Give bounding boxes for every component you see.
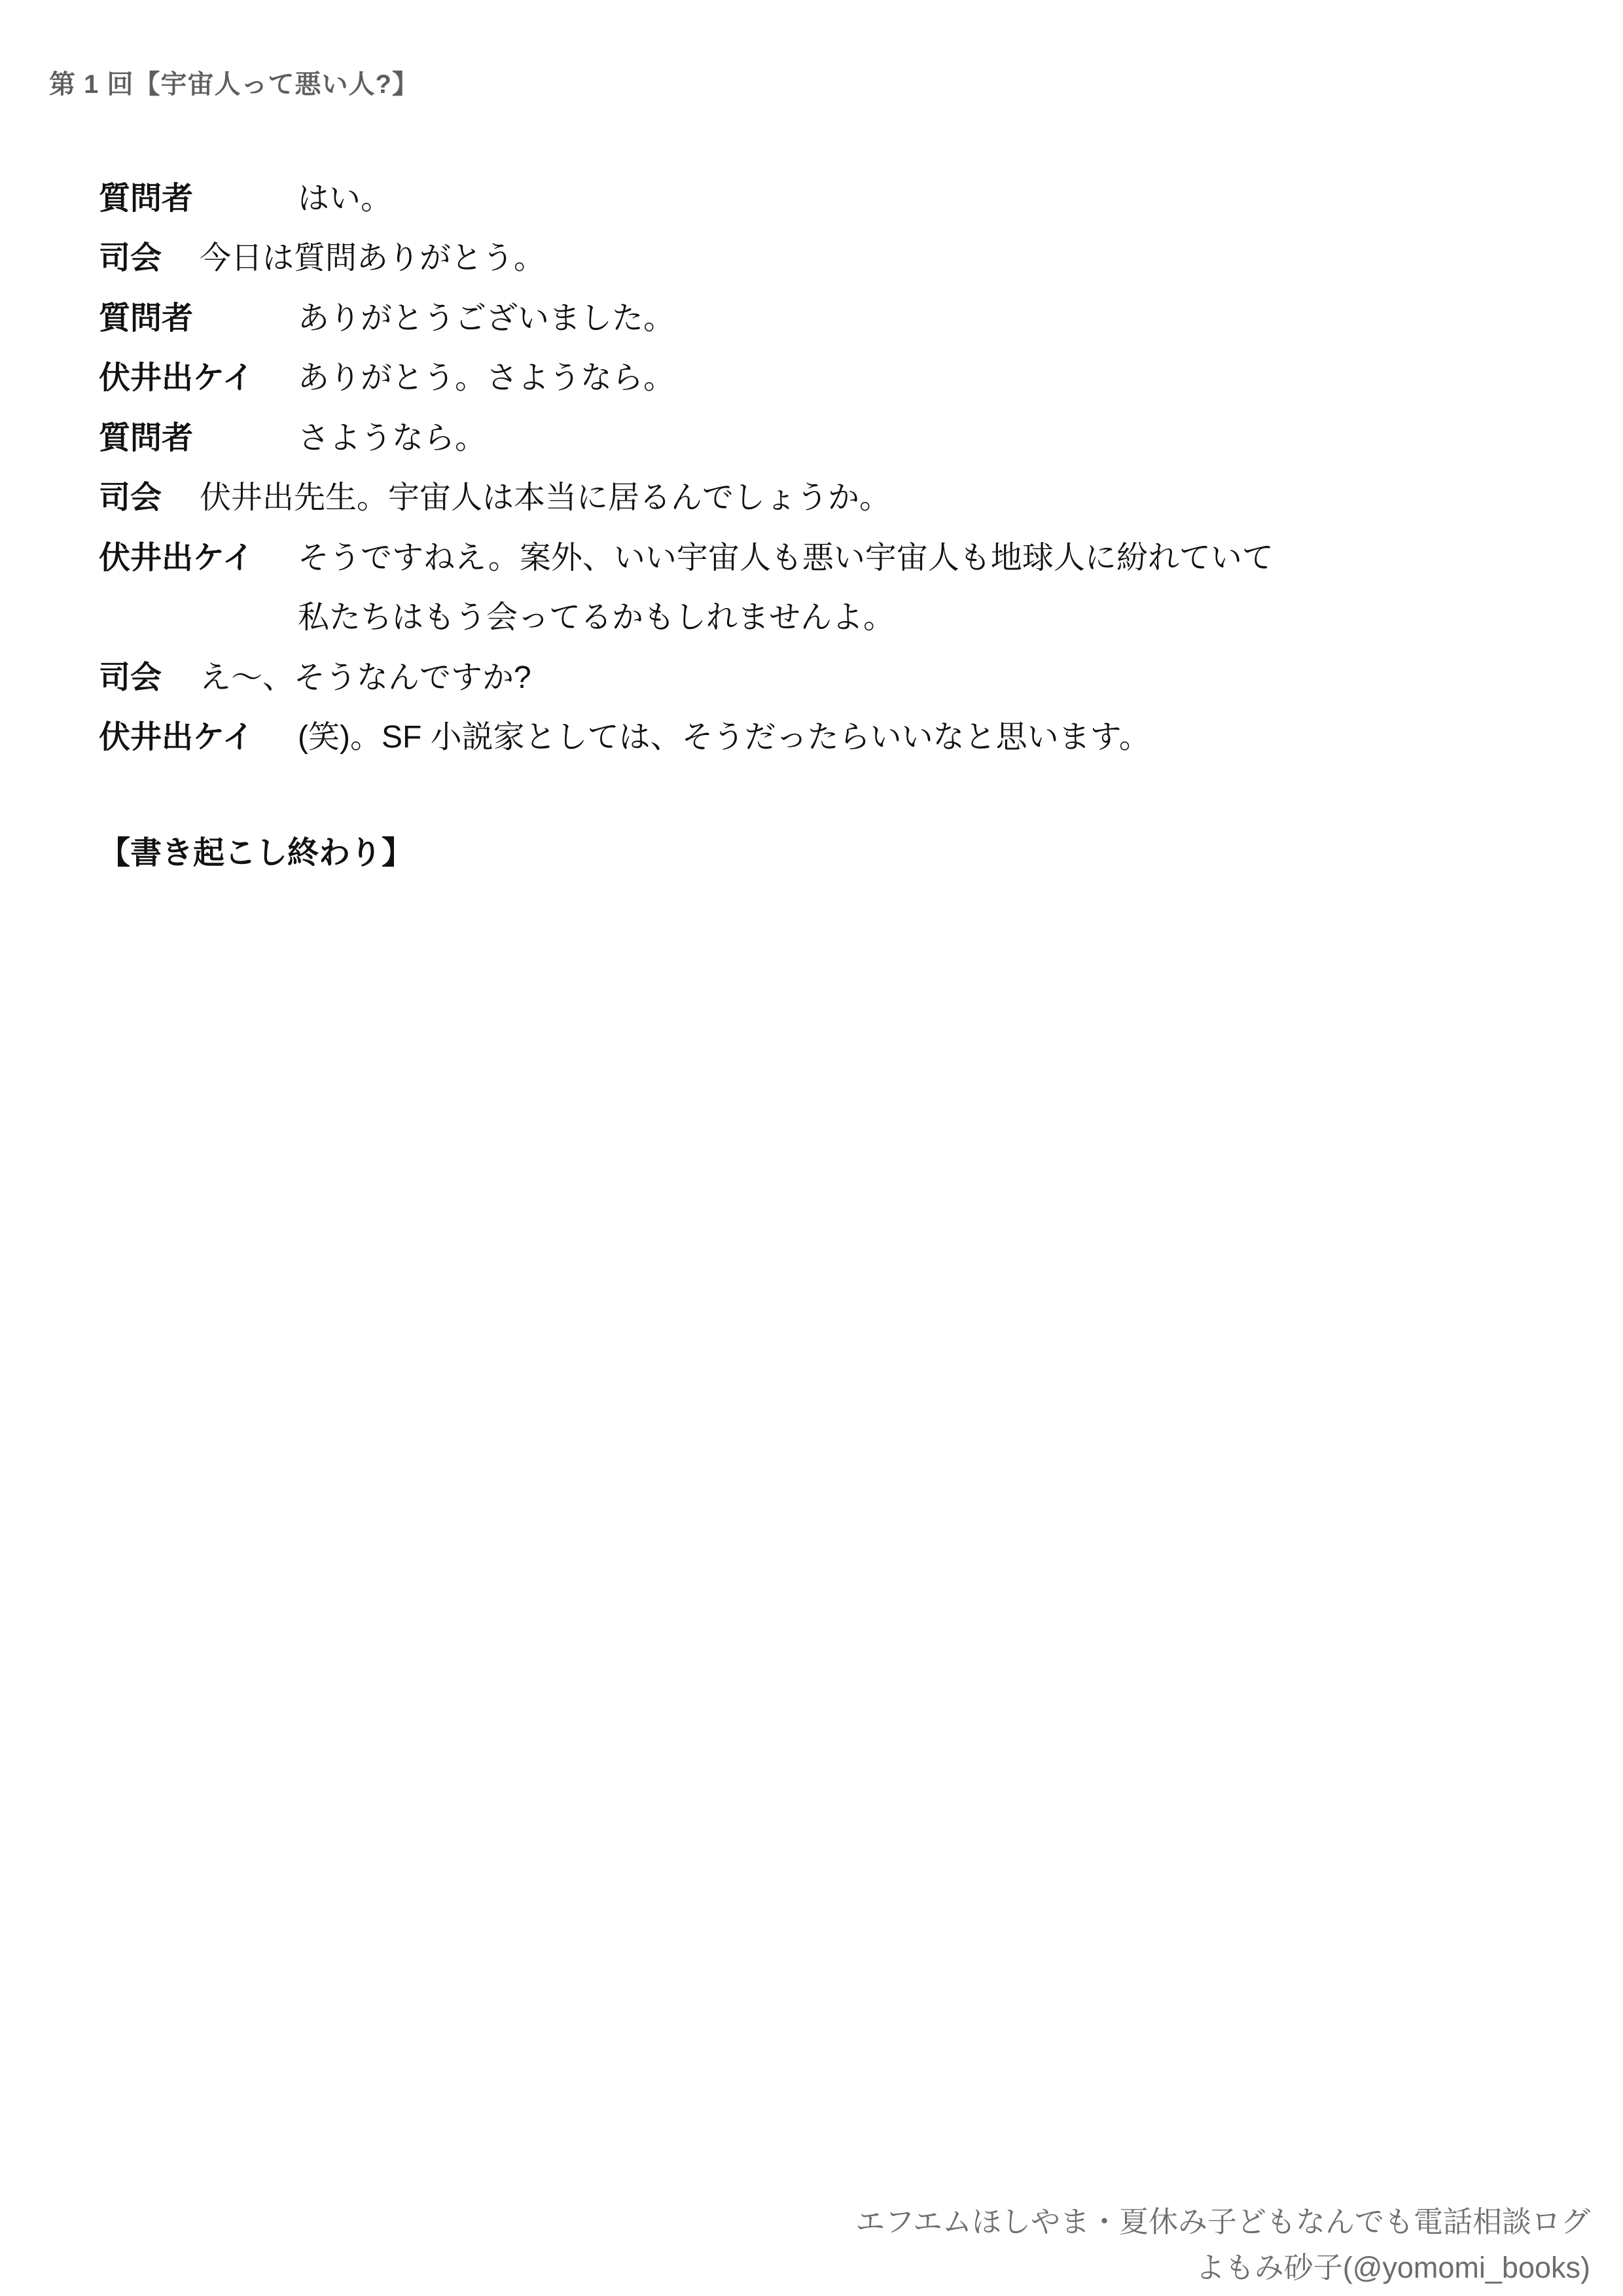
speaker-name: 伏井出ケイ	[99, 711, 254, 757]
dialogue-line: 伏井出ケイ そうですねえ。案外、いい宇宙人も悪い宇宙人も地球人に紛れていて	[0, 532, 1623, 592]
speaker-name: 質問者	[99, 173, 193, 218]
utterance: 今日は質問ありがとう。	[200, 232, 545, 278]
speaker-name: 伏井出ケイ	[99, 532, 254, 577]
dialogue-line: 伏井出ケイ (笑)。SF 小説家としては、そうだったらいいなと思います。	[0, 711, 1623, 772]
utterance: え〜、そうなんですか?	[200, 652, 531, 697]
dialogue-line: 伏井出ケイ ありがとう。さようなら。	[0, 352, 1623, 412]
dialogue-line: 司会 伏井出先生。宇宙人は本当に居るんでしょうか。	[0, 472, 1623, 532]
dialogue-line: 質問者 ありがとうございました。	[0, 293, 1623, 353]
dialogue-line: 質問者 はい。	[0, 173, 1623, 233]
dialogue-line: 司会 今日は質問ありがとう。	[0, 232, 1623, 293]
dialogue-line-continuation: 私たちはもう会ってるかもしれませんよ。	[0, 592, 1623, 652]
utterance: はい。	[298, 173, 392, 218]
speaker-name: 司会	[99, 472, 162, 517]
dialogue-line: 質問者 さようなら。	[0, 412, 1623, 473]
speaker-name: 司会	[99, 652, 162, 697]
utterance: (笑)。SF 小説家としては、そうだったらいいなと思います。	[298, 711, 1150, 757]
utterance: 私たちはもう会ってるかもしれませんよ。	[298, 592, 895, 637]
utterance: ありがとう。さようなら。	[298, 352, 675, 397]
footer-author: よもみ砂子(@yomomi_books)	[1196, 2244, 1590, 2286]
utterance: さようなら。	[298, 412, 486, 457]
speaker-name: 伏井出ケイ	[99, 352, 254, 397]
utterance: ありがとうございました。	[298, 293, 675, 338]
speaker-name: 質問者	[99, 412, 193, 457]
speaker-name: 質問者	[99, 293, 193, 338]
dialogue-line: 司会 え〜、そうなんですか?	[0, 652, 1623, 712]
page-header-title: 第 1 回【宇宙人って悪い人?】	[49, 63, 419, 101]
utterance: 伏井出先生。宇宙人は本当に居るんでしょうか。	[200, 472, 891, 517]
speaker-name: 司会	[99, 232, 162, 278]
utterance: そうですねえ。案外、いい宇宙人も悪い宇宙人も地球人に紛れていて	[298, 532, 1274, 577]
transcript-end-marker: 【書き起こし終わり】	[99, 827, 413, 872]
document-page: 第 1 回【宇宙人って悪い人?】 質問者 はい。 司会 今日は質問ありがとう。 …	[0, 0, 1623, 2296]
footer-credit: エフエムほしやま・夏休み子どもなんでも電話相談ログ	[855, 2198, 1590, 2240]
